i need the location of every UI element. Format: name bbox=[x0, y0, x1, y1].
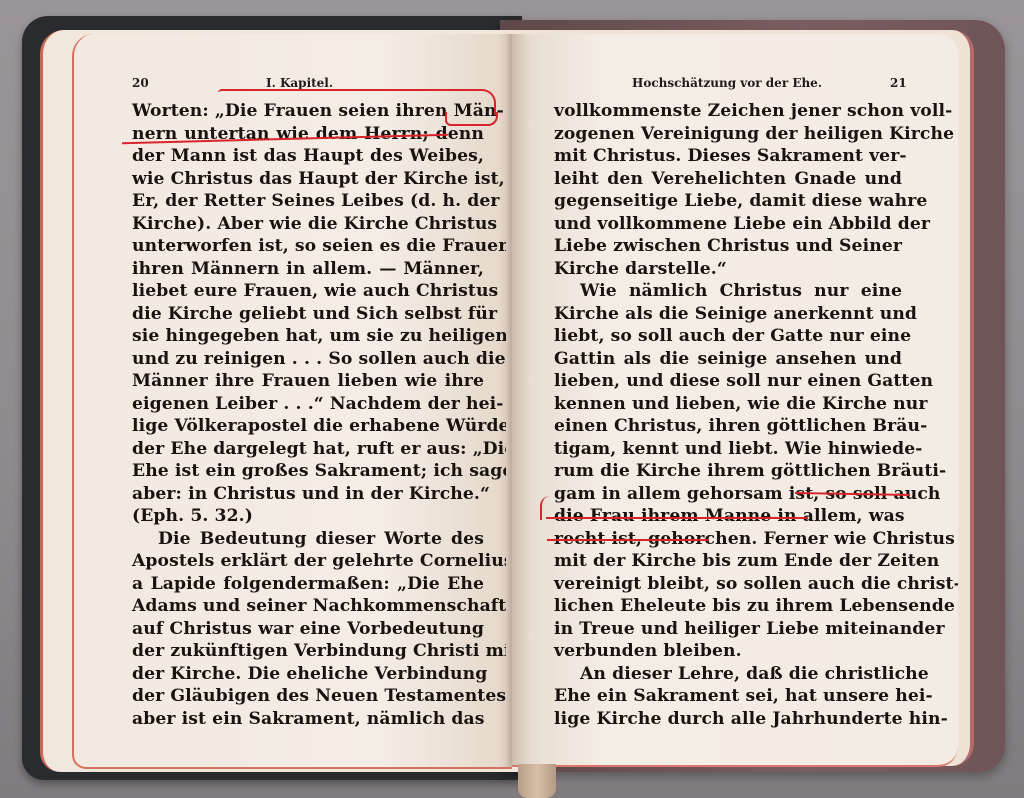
text-line: Liebe zwischen Christus und Seiner bbox=[554, 235, 902, 258]
text-line: der Kirche. Die eheliche Verbindung bbox=[132, 663, 484, 686]
text-line: liebet eure Frauen, wie auch Christus bbox=[132, 280, 484, 303]
right-page-body: vollkommenste Zeichen jener schon voll- … bbox=[554, 100, 902, 730]
text-line: eigenen Leiber . . .“ Nachdem der hei- bbox=[132, 393, 484, 416]
left-running-head: I. Kapitel. bbox=[266, 76, 333, 90]
text-line: vereinigt bleibt, so sollen auch die chr… bbox=[554, 573, 902, 596]
text-line: Kirche darstelle.“ bbox=[554, 258, 902, 281]
text-line: aber ist ein Sakrament, nämlich das bbox=[132, 708, 484, 731]
text-line: lieben, und diese soll nur einen Gatten bbox=[554, 370, 902, 393]
text-line: vollkommenste Zeichen jener schon voll- bbox=[554, 100, 902, 123]
text-line: a Lapide folgendermaßen: „Die Ehe bbox=[132, 573, 484, 596]
text-line: der Ehe dargelegt hat, ruft er aus: „Die bbox=[132, 438, 484, 461]
text-line: lige Kirche durch alle Jahrhunderte hin- bbox=[554, 708, 902, 731]
text-line: und vollkommene Liebe ein Abbild der bbox=[554, 213, 902, 236]
text-line: Ehe ein Sakrament sei, hat unsere hei- bbox=[554, 685, 902, 708]
text-line: sie hingegeben hat, um sie zu heiligen bbox=[132, 325, 484, 348]
text-line: kennen und lieben, wie die Kirche nur bbox=[554, 393, 902, 416]
text-line: mit der Kirche bis zum Ende der Zeiten bbox=[554, 550, 902, 573]
text-line: die Kirche geliebt und Sich selbst für bbox=[132, 303, 484, 326]
text-line: Männer ihre Frauen lieben wie ihre bbox=[132, 370, 484, 393]
text-line: Kirche als die Seinige anerkennt und bbox=[554, 303, 902, 326]
text-line: verbunden bleiben. bbox=[554, 640, 902, 663]
text-line: leiht den Verehelichten Gnade und bbox=[554, 168, 902, 191]
text-line: lige Völkerapostel die erhabene Würde bbox=[132, 415, 484, 438]
pen-stroke bbox=[445, 112, 498, 126]
text-line: An dieser Lehre, daß die christliche bbox=[554, 663, 902, 686]
text-line: Ehe ist ein großes Sakrament; ich sage bbox=[132, 460, 484, 483]
bookmark-ribbon bbox=[518, 764, 556, 798]
text-line: Die Bedeutung dieser Worte des bbox=[132, 528, 484, 551]
pen-stroke bbox=[547, 539, 709, 543]
text-line: unterworfen ist, so seien es die Frauen bbox=[132, 235, 484, 258]
text-line: Kirche). Aber wie die Kirche Christus bbox=[132, 213, 484, 236]
right-running-head: Hochschätzung vor der Ehe. bbox=[632, 76, 822, 90]
text-line: der Gläubigen des Neuen Testamentes bbox=[132, 685, 484, 708]
text-line: und zu reinigen . . . So sollen auch die bbox=[132, 348, 484, 371]
text-line: der Mann ist das Haupt des Weibes, bbox=[132, 145, 484, 168]
text-line: (Eph. 5. 32.) bbox=[132, 505, 484, 528]
right-page-number: 21 bbox=[890, 76, 907, 90]
text-line: gegenseitige Liebe, damit diese wahre bbox=[554, 190, 902, 213]
text-line: auf Christus war eine Vorbedeutung bbox=[132, 618, 484, 641]
text-line: wie Christus das Haupt der Kirche ist, bbox=[132, 168, 484, 191]
text-line: der zukünftigen Verbindung Christi mit bbox=[132, 640, 484, 663]
right-page: Hochschätzung vor der Ehe. 21 vollkommen… bbox=[512, 34, 958, 767]
text-line: tigam, kennt und liebt. Wie hinwiede- bbox=[554, 438, 902, 461]
text-line: Gattin als die seinige ansehen und bbox=[554, 348, 902, 371]
text-line: aber: in Christus und in der Kirche.“ bbox=[132, 483, 484, 506]
text-line: Apostels erklärt der gelehrte Cornelius bbox=[132, 550, 484, 573]
text-line: rum die Kirche ihrem göttlichen Bräuti- bbox=[554, 460, 902, 483]
text-line: Wie nämlich Christus nur eine bbox=[554, 280, 902, 303]
text-line: zogenen Vereinigung der heiligen Kirche bbox=[554, 123, 902, 146]
text-line: Adams und seiner Nachkommenschaft bis bbox=[132, 595, 484, 618]
text-line: Er, der Retter Seines Leibes (d. h. der bbox=[132, 190, 484, 213]
text-line: in Treue und heiliger Liebe miteinander bbox=[554, 618, 902, 641]
text-line: mit Christus. Dieses Sakrament ver- bbox=[554, 145, 902, 168]
pen-stroke bbox=[546, 517, 808, 521]
text-line: liebt, so soll auch der Gatte nur eine bbox=[554, 325, 902, 348]
text-line: ihren Männern in allem. — Männer, bbox=[132, 258, 484, 281]
left-page-number: 20 bbox=[132, 76, 149, 90]
left-page-body: Worten: „Die Frauen seien ihren Män- ner… bbox=[132, 100, 484, 730]
text-line: lichen Eheleute bis zu ihrem Lebensende bbox=[554, 595, 902, 618]
text-line: einen Christus, ihren göttlichen Bräu- bbox=[554, 415, 902, 438]
